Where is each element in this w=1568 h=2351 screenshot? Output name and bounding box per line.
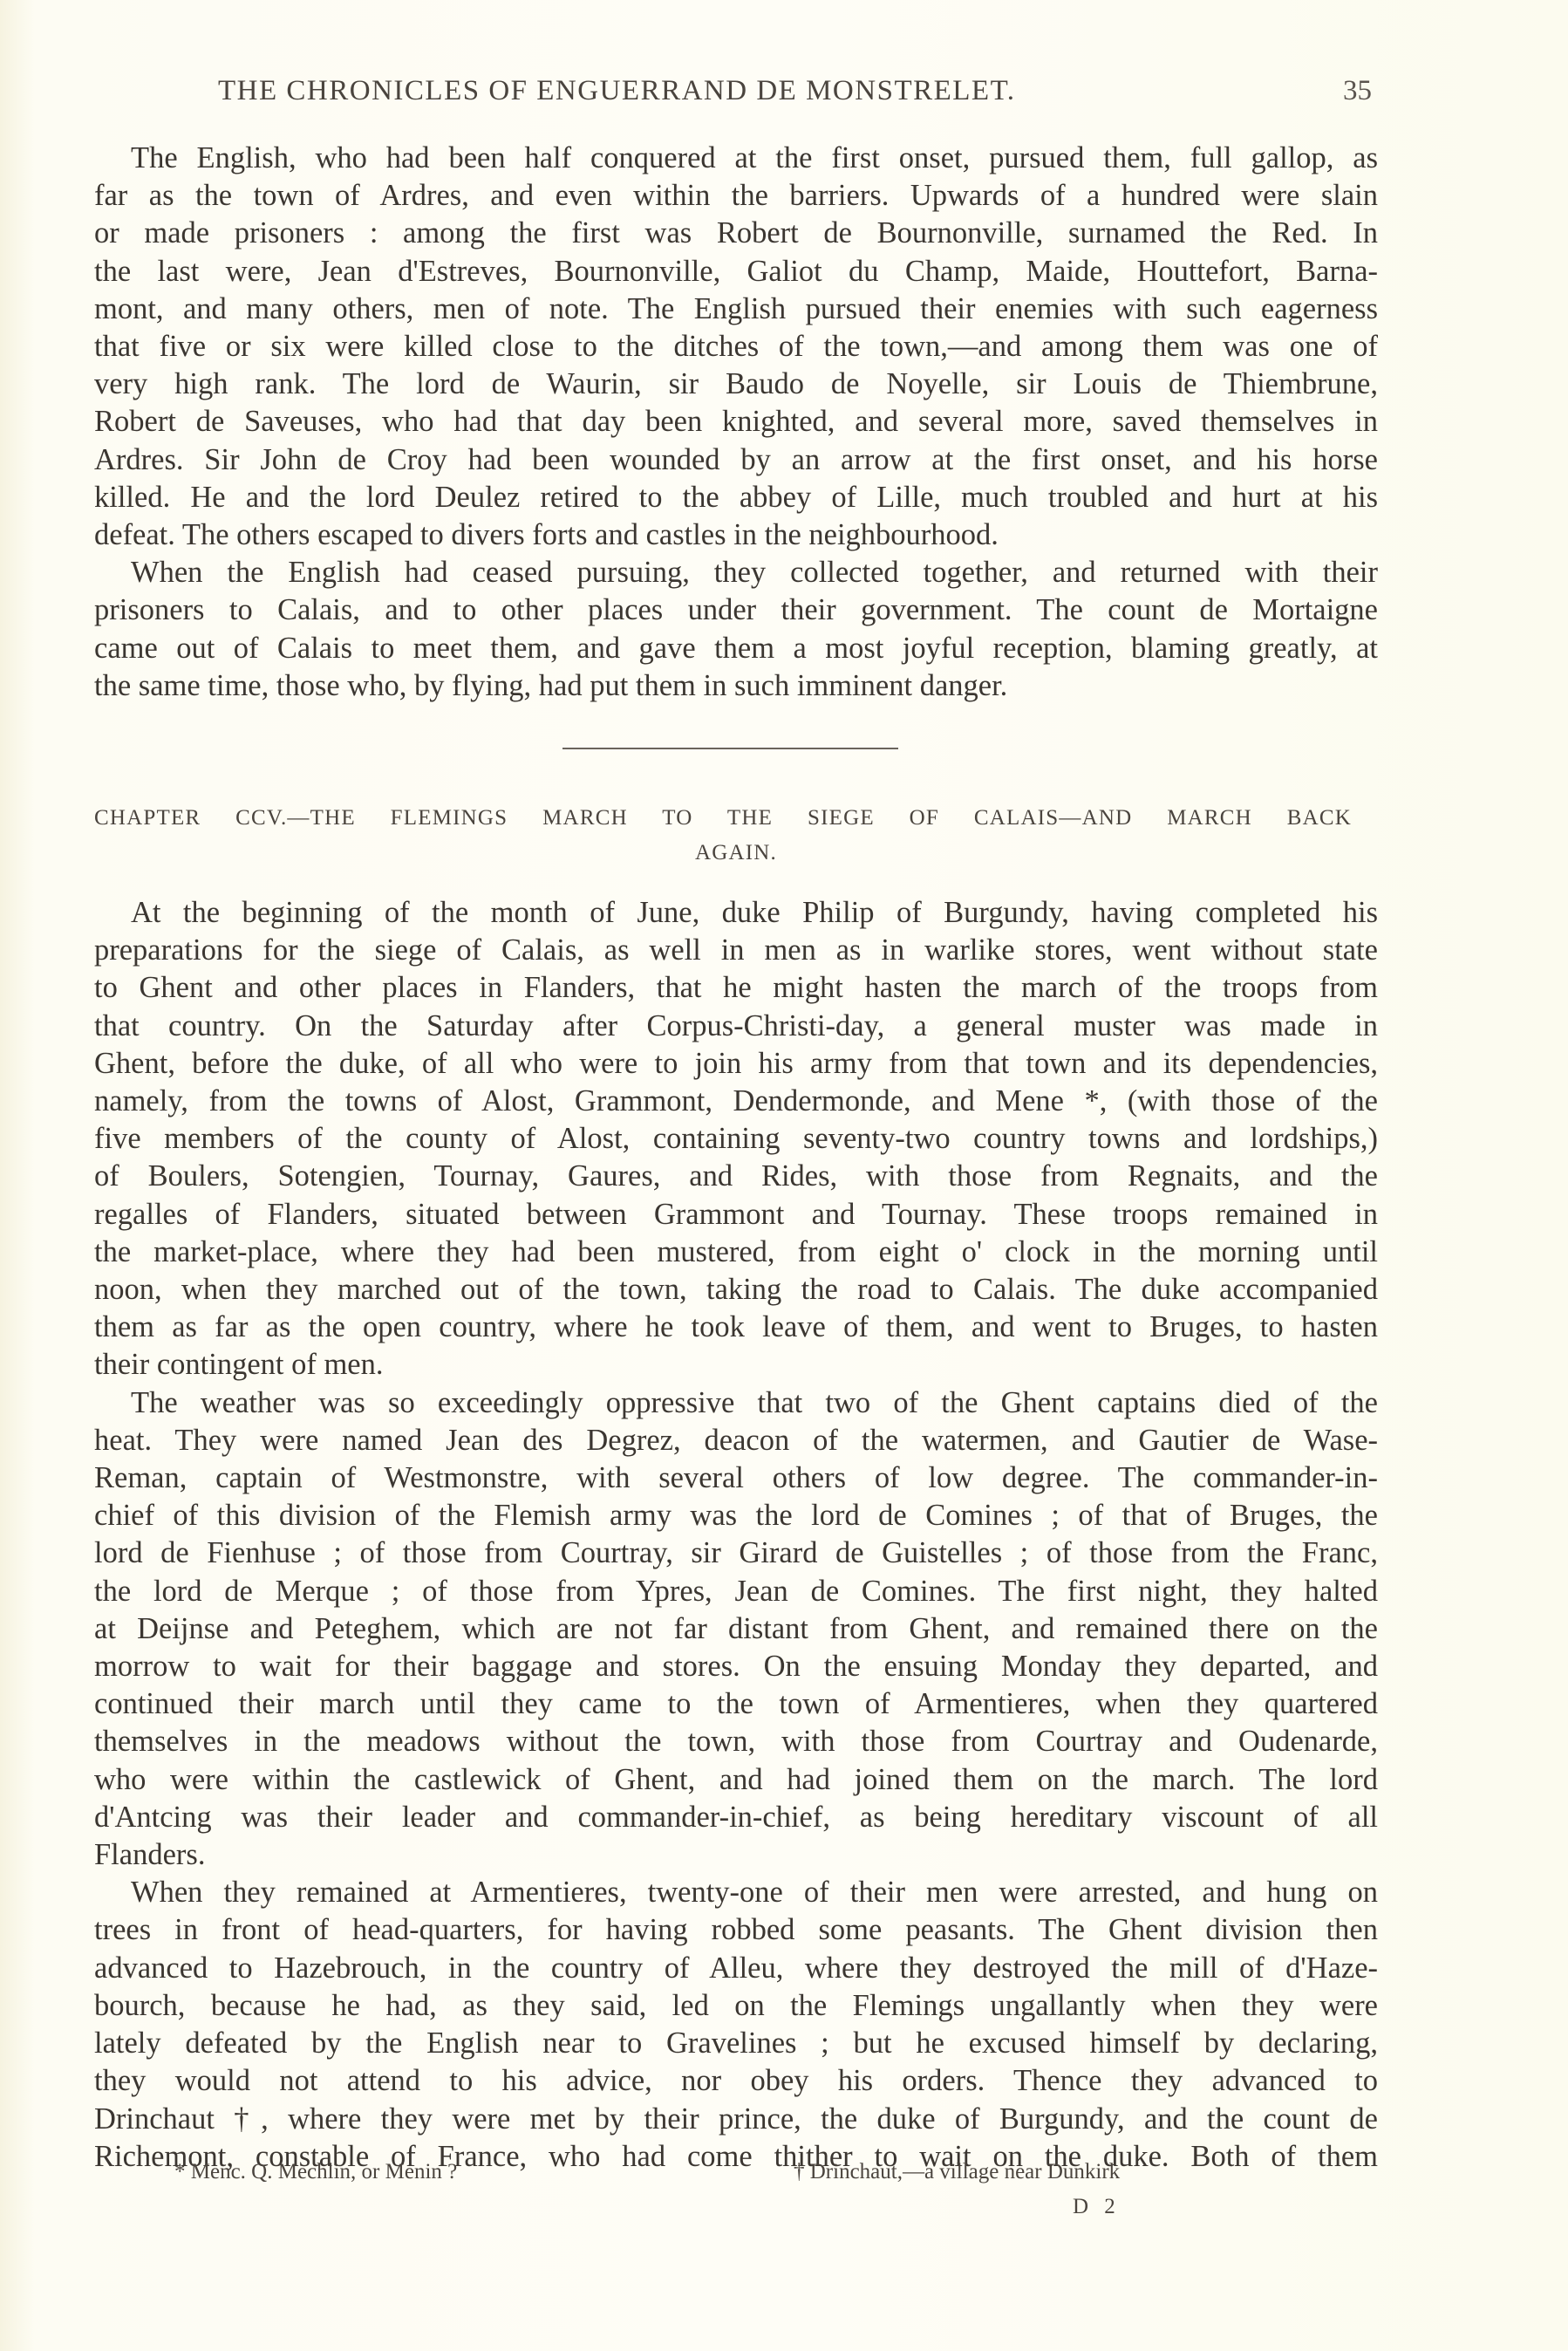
text-line: When they remained at Armentieres, twent… <box>94 1874 1378 1911</box>
text-line: bourch, because he had, as they said, le… <box>94 1987 1378 2025</box>
running-title: THE CHRONICLES OF ENGUERRAND DE MONSTREL… <box>218 75 1016 107</box>
text-line: lately defeated by the English near to G… <box>94 2025 1378 2062</box>
text-line: themselves in the meadows without the to… <box>94 1723 1378 1760</box>
text-line: of Boulers, Sotengien, Tournay, Gaures, … <box>94 1158 1378 1195</box>
text-line: the same time, those who, by flying, had… <box>94 667 1378 705</box>
paragraph-1: The English, who had been half conquered… <box>94 140 1378 554</box>
text-line: Ghent, before the duke, of all who were … <box>94 1045 1378 1083</box>
running-head: THE CHRONICLES OF ENGUERRAND DE MONSTREL… <box>0 75 1568 119</box>
book-page: THE CHRONICLES OF ENGUERRAND DE MONSTREL… <box>0 0 1568 2351</box>
chapter-heading: CHAPTER CCV.—THE FLEMINGS MARCH TO THE S… <box>94 801 1378 871</box>
text-line: When the English had ceased pursuing, th… <box>94 554 1378 591</box>
text-line: Ardres. Sir John de Croy had been wounde… <box>94 441 1378 479</box>
text-line: The English, who had been half conquered… <box>94 140 1378 177</box>
text-line: noon, when they marched out of the town,… <box>94 1271 1378 1309</box>
section-1-text: The English, who had been half conquered… <box>94 140 1378 705</box>
text-line: chief of this division of the Flemish ar… <box>94 1497 1378 1534</box>
text-line: at Deijnse and Peteghem, which are not f… <box>94 1610 1378 1648</box>
text-line: namely, from the towns of Alost, Grammon… <box>94 1083 1378 1120</box>
text-line: prisoners to Calais, and to other places… <box>94 591 1378 629</box>
text-line: to Ghent and other places in Flanders, t… <box>94 969 1378 1007</box>
page-number: 35 <box>1343 75 1372 107</box>
text-line: their contingent of men. <box>94 1346 1378 1384</box>
text-line: mont, and many others, men of note. The … <box>94 290 1378 328</box>
text-line: heat. They were named Jean des Degrez, d… <box>94 1422 1378 1459</box>
paragraph-4: The weather was so exceedingly oppressiv… <box>94 1384 1378 1875</box>
text-line: continued their march until they came to… <box>94 1685 1378 1723</box>
text-line: Drinchaut †, where they were met by thei… <box>94 2101 1378 2138</box>
text-line: far as the town of Ardres, and even with… <box>94 177 1378 215</box>
text-line: Robert de Saveuses, who had that day bee… <box>94 403 1378 441</box>
paragraph-3: At the beginning of the month of June, d… <box>94 894 1378 1384</box>
text-line: d'Antcing was their leader and commander… <box>94 1799 1378 1836</box>
text-line: came out of Calais to meet them, and gav… <box>94 630 1378 667</box>
text-line: morrow to wait for their baggage and sto… <box>94 1648 1378 1685</box>
chapter-heading-line-1: CHAPTER CCV.—THE FLEMINGS MARCH TO THE S… <box>94 801 1378 836</box>
text-line: or made prisoners : among the first was … <box>94 215 1378 252</box>
text-line: very high rank. The lord de Waurin, sir … <box>94 366 1378 403</box>
text-line: regalles of Flanders, situated between G… <box>94 1196 1378 1234</box>
text-line: advanced to Hazebrouch, in the country o… <box>94 1950 1378 1987</box>
footnote-asterisk: * Menc. Q. Mechlin, or Menin ? <box>174 2160 457 2184</box>
text-line: them as far as the open country, where h… <box>94 1309 1378 1346</box>
text-line: preparations for the siege of Calais, as… <box>94 932 1378 969</box>
paragraph-5: When they remained at Armentieres, twent… <box>94 1874 1378 2176</box>
text-line: they would not attend to his advice, nor… <box>94 2062 1378 2100</box>
text-line: Reman, captain of Westmonstre, with seve… <box>94 1459 1378 1497</box>
text-line: the market-place, where they had been mu… <box>94 1234 1378 1271</box>
section-divider-rule <box>562 748 898 749</box>
text-line: defeat. The others escaped to divers for… <box>94 516 1378 554</box>
text-line: the last were, Jean d'Estreves, Bournonv… <box>94 253 1378 290</box>
paragraph-2: When the English had ceased pursuing, th… <box>94 554 1378 705</box>
text-line: The weather was so exceedingly oppressiv… <box>94 1384 1378 1422</box>
text-line: that five or six were killed close to th… <box>94 328 1378 366</box>
text-line: five members of the county of Alost, con… <box>94 1120 1378 1158</box>
signature-mark: D 2 <box>1073 2195 1121 2219</box>
text-line: lord de Fienhuse ; of those from Courtra… <box>94 1534 1378 1572</box>
text-line: At the beginning of the month of June, d… <box>94 894 1378 932</box>
text-line: the lord de Merque ; of those from Ypres… <box>94 1573 1378 1610</box>
chapter-heading-line-2: AGAIN. <box>94 836 1378 871</box>
text-line: that country. On the Saturday after Corp… <box>94 1008 1378 1045</box>
text-line: Flanders. <box>94 1836 1378 1874</box>
text-line: trees in front of head-quarters, for hav… <box>94 1911 1378 1949</box>
text-line: killed. He and the lord Deulez retired t… <box>94 479 1378 516</box>
footnote-dagger: † Drinchaut,—a village near Dunkirk <box>794 2160 1120 2184</box>
text-line: who were within the castlewick of Ghent,… <box>94 1761 1378 1799</box>
section-2-text: At the beginning of the month of June, d… <box>94 894 1378 2176</box>
